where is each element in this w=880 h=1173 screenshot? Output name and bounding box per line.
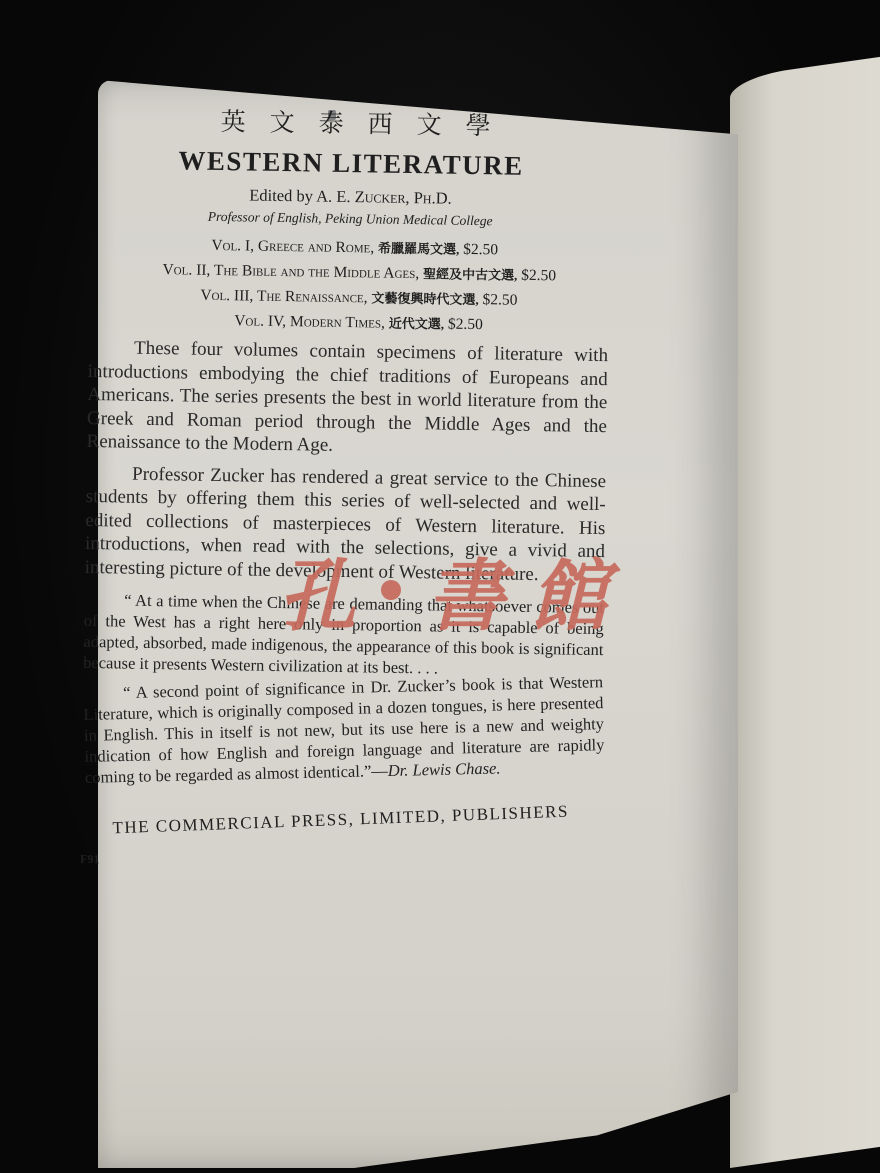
publisher-line: THE COMMERCIAL PRESS, LIMITED, PUBLISHER… — [81, 800, 601, 839]
volume-price: $2.50 — [482, 291, 517, 309]
volume-line: Vol. III, The Renaissance, 文藝復興時代文選, $2.… — [109, 283, 609, 311]
quote-attribution: Dr. Lewis Chase. — [388, 758, 501, 780]
facing-page — [730, 54, 880, 1168]
volume-line: Vol. IV, Modern Times, 近代文選, $2.50 — [108, 308, 608, 336]
volume-price: $2.50 — [448, 316, 483, 334]
volume-label: Vol. III, The Renaissance, — [200, 287, 367, 307]
volume-line: Vol. II, The Bible and the Middle Ages, … — [49, 257, 669, 287]
editor-name: Zucker, Ph.D. — [355, 187, 452, 208]
editor-affiliation: Professor of English, Peking Union Medic… — [90, 207, 610, 231]
volume-chinese: 聖經及中古文選, — [423, 266, 517, 282]
watermark-char: 孔 — [278, 534, 356, 646]
volume-price: $2.50 — [521, 267, 556, 285]
quote-text: “ A second point of significance in Dr. … — [83, 672, 604, 787]
seal-watermark: 孔 書 館 — [278, 535, 608, 645]
page-title: WESTERN LITERATURE — [91, 144, 611, 183]
watermark-char: 館 — [530, 534, 608, 646]
volume-label: Vol. I, Greece and Rome, — [211, 237, 374, 257]
volume-chinese: 文藝復興時代文選, — [371, 290, 478, 307]
watermark-dot — [381, 580, 401, 600]
volume-line: Vol. I, Greece and Rome, 希臘羅馬文選, $2.50 — [100, 233, 610, 261]
editor-line: Edited by A. E. Zucker, Ph.D. — [90, 183, 610, 211]
editor-prefix: Edited by A. E. — [249, 185, 351, 206]
testimonial-quote: “ A second point of significance in Dr. … — [83, 671, 605, 788]
volume-chinese: 近代文選, — [389, 316, 444, 332]
volume-label: Vol. IV, Modern Times, — [234, 312, 385, 331]
volume-label: Vol. II, The Bible and the Middle Ages, — [162, 261, 419, 282]
chinese-title: 英文泰西文學 — [123, 101, 612, 145]
description-paragraph: These four volumes contain specimens of … — [86, 336, 608, 462]
volume-price: $2.50 — [463, 241, 498, 259]
watermark-char: 書 — [427, 534, 505, 646]
page-content: 英文泰西文學 WESTERN LITERATURE Edited by A. E… — [80, 100, 612, 875]
volume-chinese: 希臘羅馬文選, — [378, 241, 459, 257]
